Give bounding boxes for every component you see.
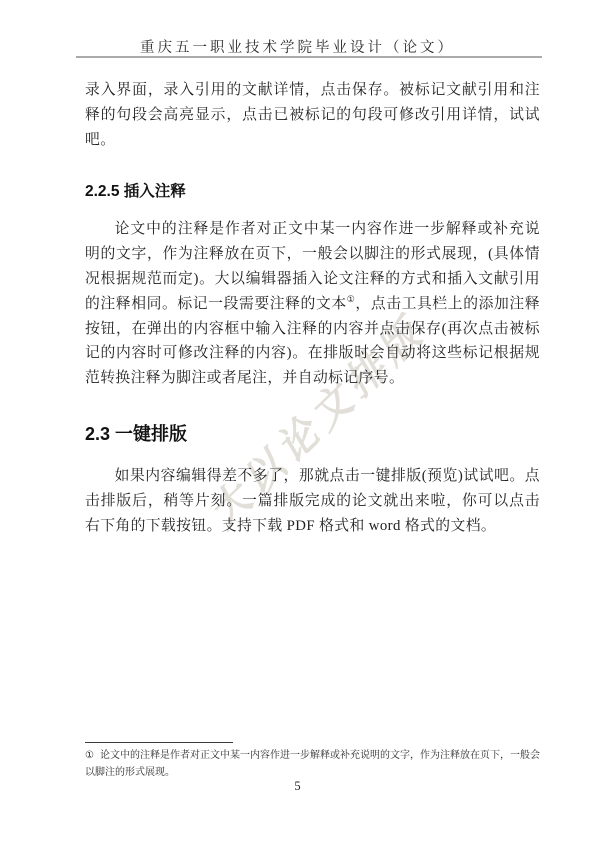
section-2-2-5-paragraph: 论文中的注释是作者对正文中某一内容作进一步解释或补充说明的文字，作为注释放在页下… <box>85 217 540 391</box>
footnote-separator <box>85 742 233 743</box>
document-page: 重庆五一职业技术学院毕业设计（论文） 大以论文排版 录入界面，录入引用的文献详情… <box>0 0 595 842</box>
page-header-title: 重庆五一职业技术学院毕业设计（论文） <box>0 36 595 57</box>
footnote-marker: ① <box>85 750 94 761</box>
footnote: ①论文中的注释是作者对正文中某一内容作进一步解释或补充说明的文字，作为注释放在页… <box>85 748 540 781</box>
page-number: 5 <box>0 779 595 794</box>
section-2-3-paragraph: 如果内容编辑得差不多了，那就点击一键排版(预览)试试吧。点击排版后，稍等片刻。一… <box>85 464 540 538</box>
section-heading-2-3: 2.3 一键排版 <box>85 420 540 446</box>
section-heading-2-2-5: 2.2.5 插入注释 <box>85 179 540 201</box>
footnote-text: 论文中的注释是作者对正文中某一内容作进一步解释或补充说明的文字，作为注释放在页下… <box>85 750 540 778</box>
document-body: 录入界面，录入引用的文献详情，点击保存。被标记文献引用和注释的句段会高亮显示，点… <box>85 78 540 538</box>
intro-paragraph: 录入界面，录入引用的文献详情，点击保存。被标记文献引用和注释的句段会高亮显示，点… <box>85 78 540 152</box>
header-divider <box>76 56 542 58</box>
